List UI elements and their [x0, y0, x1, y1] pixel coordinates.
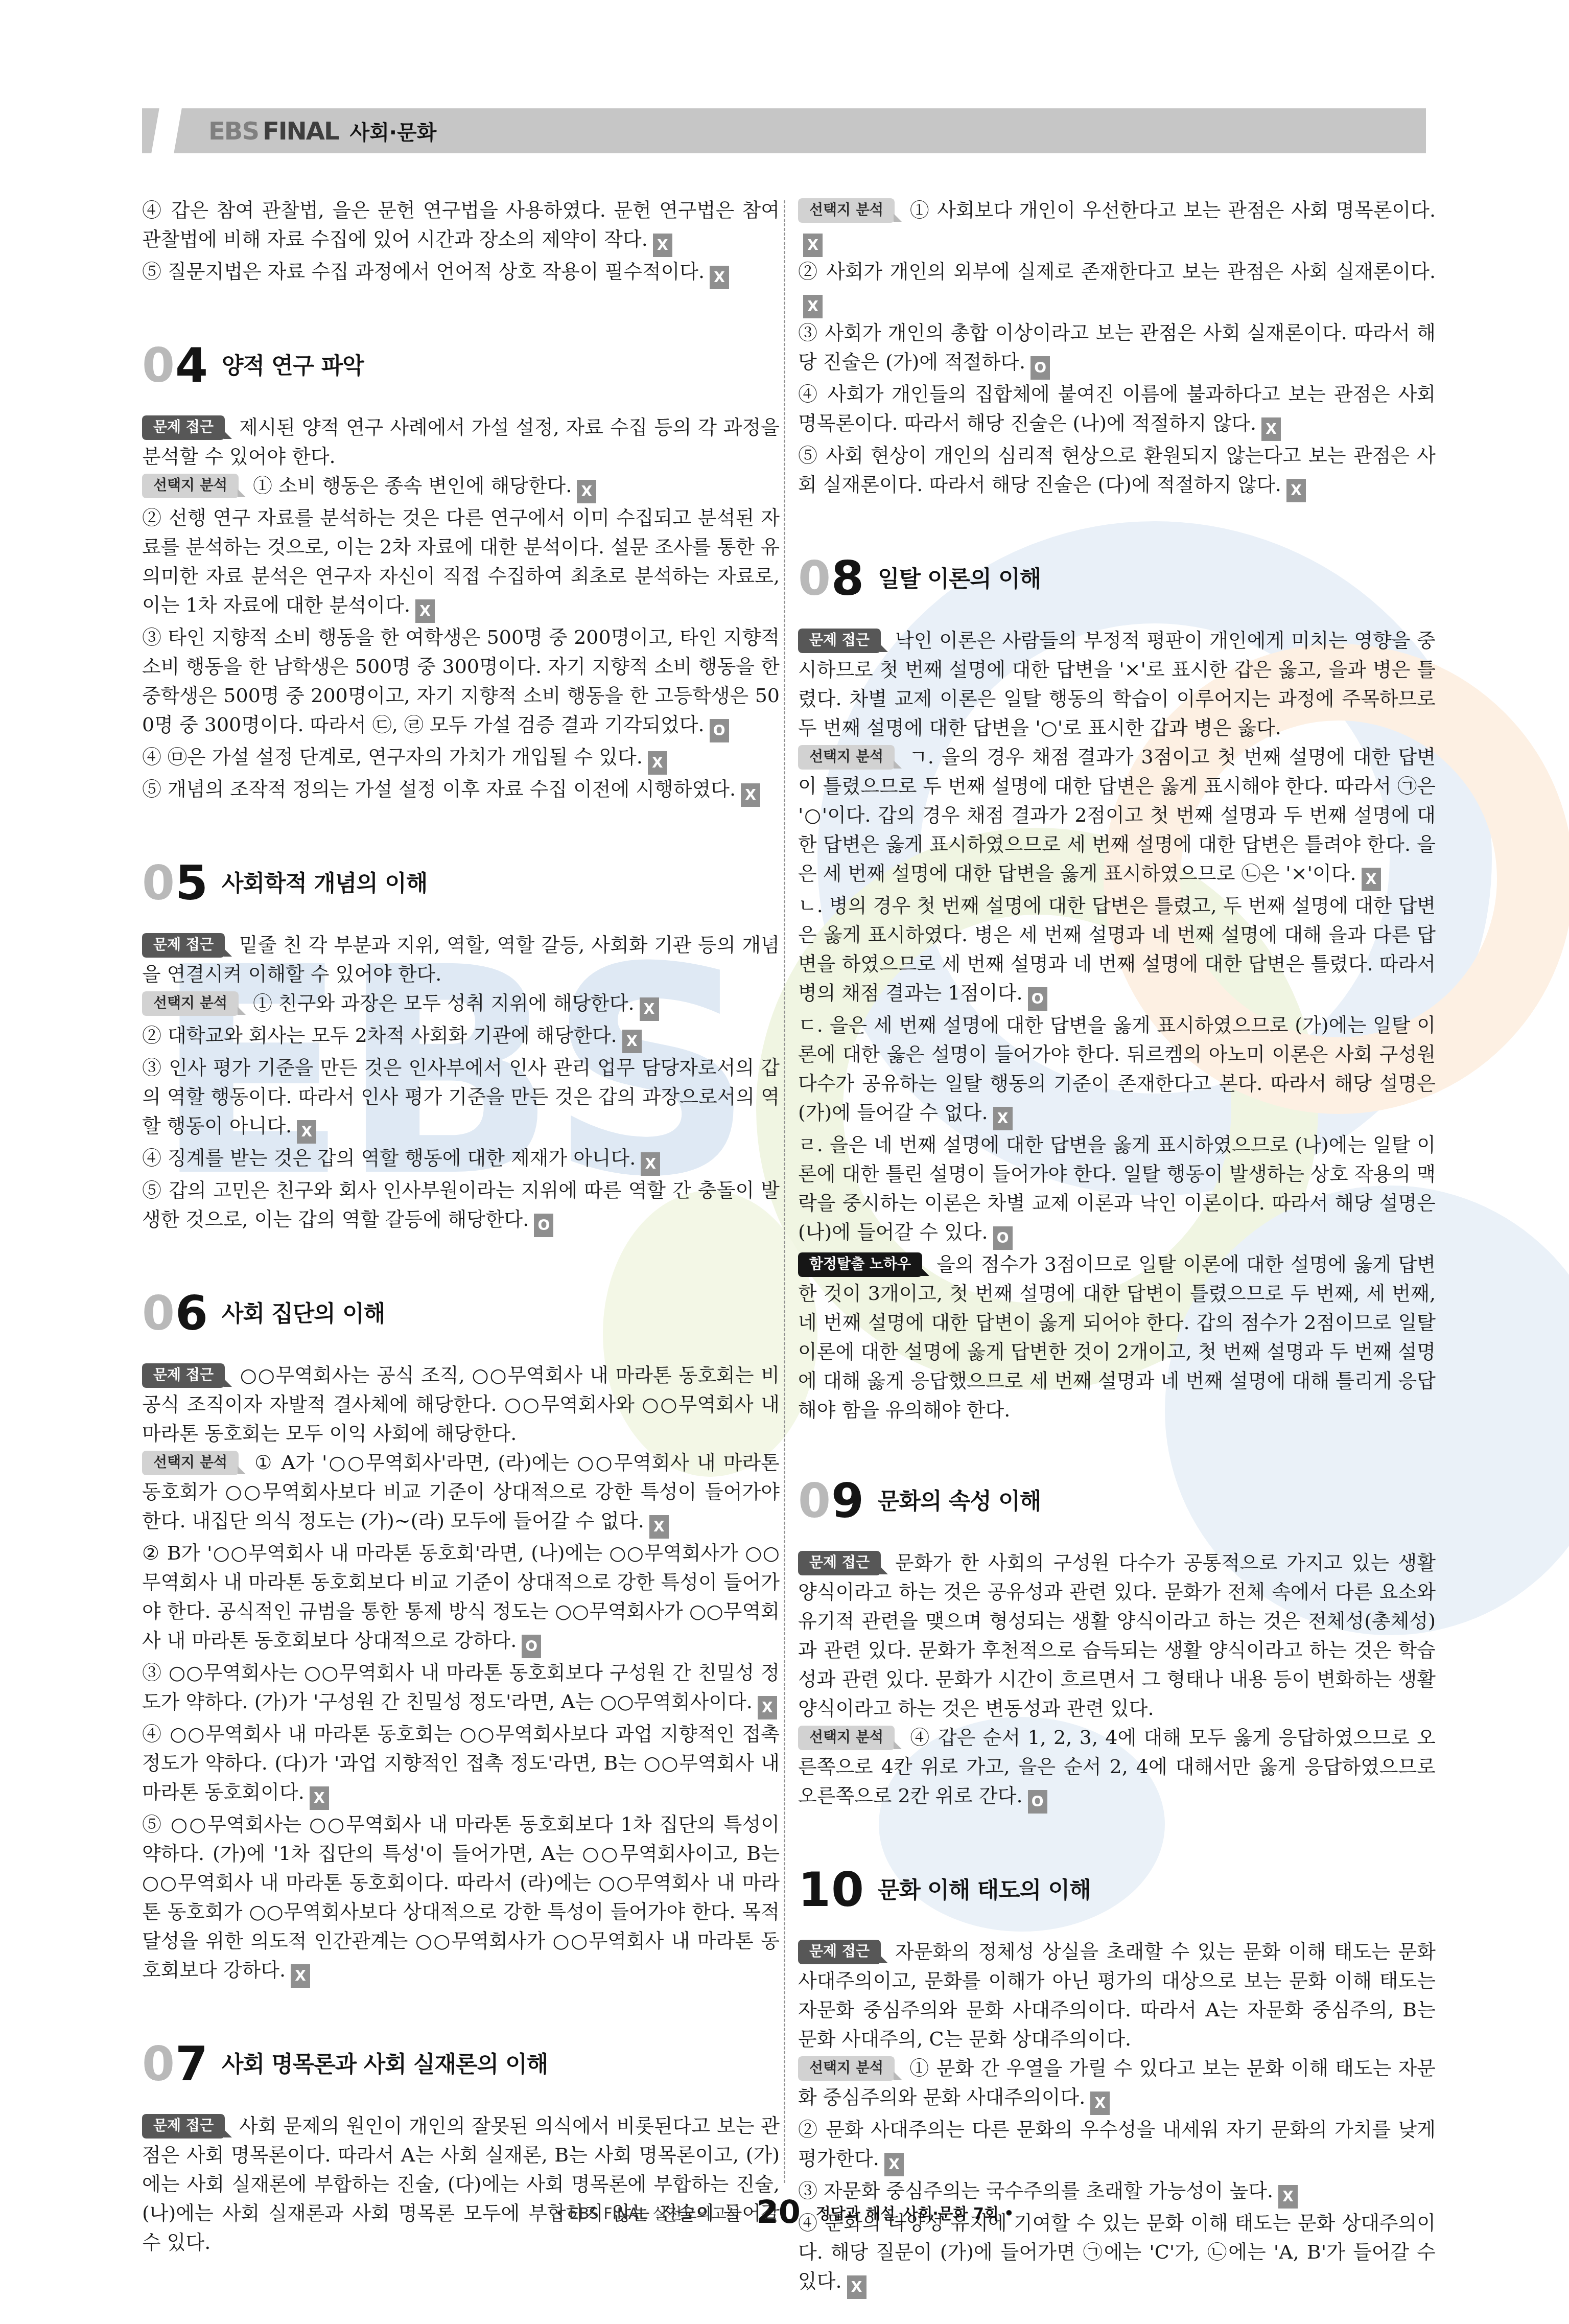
answer-mark-x: X	[1362, 868, 1381, 891]
question-number: 04	[142, 342, 208, 389]
explanation-text: 을의 점수가 3점이므로 일탈 이론에 대한 설명에 옳게 답변한 것이 3개이…	[798, 1253, 1436, 1421]
answer-mark-x: X	[415, 599, 435, 623]
analysis-badge: 선택지 분석	[142, 991, 239, 1016]
answer-mark-x: X	[741, 783, 760, 807]
question-number-zero: 0	[142, 1286, 175, 1341]
approach-badge: 문제 접근	[798, 629, 881, 653]
question-number-digit: 8	[831, 551, 864, 606]
question-title: 사회 명목론과 사회 실재론의 이해	[222, 2050, 548, 2079]
approach-paragraph: 문제 접근문화가 한 사회의 구성원 다수가 공통적으로 가지고 있는 생활 양…	[798, 1548, 1436, 1723]
explanation-text: ① 소비 행동은 종속 변인에 해당한다.	[253, 474, 572, 497]
question-number: 10	[798, 1867, 864, 1914]
choice-paragraph: ⑤ 갑의 고민은 친구와 회사 인사부원이라는 지위에 따른 역할 간 충돌이 …	[142, 1176, 780, 1237]
brand-ebs: EBS	[208, 117, 259, 146]
explanation-text: 사회 문제의 원인이 개인의 잘못된 의식에서 비롯된다고 보는 관점은 사회 …	[142, 2114, 780, 2253]
brand-final: FINAL	[263, 117, 339, 146]
explanation-text: ③ 타인 지향적 소비 행동을 한 여학생은 500명 중 200명이고, 타인…	[142, 626, 780, 736]
explanation-text: ② 사회가 개인의 외부에 실제로 존재한다고 보는 관점은 사회 실재론이다.	[798, 260, 1436, 283]
analysis-paragraph: 선택지 분석① 소비 행동은 종속 변인에 해당한다.X	[142, 471, 780, 503]
answer-mark-o: O	[522, 1635, 541, 1658]
explanation-text: ③ ○○무역회사는 ○○무역회사 내 마라톤 동호회보다 구성원 간 친밀성 정…	[142, 1661, 780, 1713]
explanation-text: ④ ○○무역회사 내 마라톤 동호회는 ○○무역회사보다 과업 지향적인 접촉 …	[142, 1723, 780, 1803]
question-header: 07사회 명목론과 사회 실재론의 이해	[142, 2041, 780, 2088]
analysis-badge: 선택지 분석	[798, 1726, 895, 1750]
choice-paragraph: ⑤ ○○무역회사는 ○○무역회사 내 마라톤 동호회보다 1차 집단의 특성이 …	[142, 1810, 780, 1988]
explanation-text: ⑤ 질문지법은 자료 수집 과정에서 언어적 상호 작용이 필수적이다.	[142, 260, 705, 283]
approach-paragraph: 문제 접근○○무역회사는 공식 조직, ○○무역회사 내 마라톤 동호회는 비공…	[142, 1361, 780, 1448]
choice-paragraph: ④ 사회가 개인들의 집합체에 붙여진 이름에 불과하다고 보는 관점은 사회 …	[798, 380, 1436, 441]
column-divider	[784, 200, 785, 2183]
explanation-text: ⑤ ○○무역회사는 ○○무역회사 내 마라톤 동호회보다 1차 집단의 특성이 …	[142, 1813, 780, 1981]
explanation-text: 자문화의 정체성 상실을 초래할 수 있는 문화 이해 태도는 문화 사대주의이…	[798, 1940, 1436, 2050]
answer-mark-x: X	[803, 295, 823, 318]
question-title: 양적 연구 파악	[222, 352, 364, 381]
answer-mark-x: X	[648, 751, 667, 775]
question-number: 05	[142, 860, 208, 907]
analysis-badge: 선택지 분석	[142, 1451, 239, 1475]
approach-paragraph: 문제 접근밑줄 친 각 부분과 지위, 역할, 역할 갈등, 사회화 기관 등의…	[142, 931, 780, 989]
question-number: 08	[798, 555, 864, 602]
explanation-text: ① 친구와 과장은 모두 성취 지위에 해당한다.	[253, 992, 635, 1014]
answer-mark-x: X	[884, 2153, 904, 2176]
explanation-text: ㄴ. 병의 경우 첫 번째 설명에 대한 답변은 틀렸고, 두 번째 설명에 대…	[798, 894, 1436, 1004]
right-column: 선택지 분석① 사회보다 개인이 우선한다고 보는 관점은 사회 명목론이다.X…	[798, 196, 1436, 2299]
question-number-digit: 9	[831, 1474, 864, 1528]
answer-mark-x: X	[640, 997, 659, 1021]
question-number-digit: 10	[798, 1863, 864, 1917]
explanation-text: ㄹ. 을은 네 번째 설명에 대한 답변을 옳게 표시하였으므로 (나)에는 일…	[798, 1133, 1436, 1243]
approach-badge: 문제 접근	[142, 2114, 225, 2139]
analysis-badge: 선택지 분석	[798, 198, 895, 223]
analysis-paragraph: 선택지 분석① 문화 간 우열을 가릴 수 있다고 보는 문화 이해 태도는 자…	[798, 2054, 1436, 2115]
answer-mark-x: X	[577, 480, 596, 503]
question-title: 사회 집단의 이해	[222, 1299, 385, 1329]
explanation-text: ③ 사회가 개인의 총합 이상이라고 보는 관점은 사회 실재론이다. 따라서 …	[798, 321, 1436, 373]
question-number-zero: 0	[798, 551, 831, 606]
choice-paragraph: ② 문화 사대주의는 다른 문화의 우수성을 내세워 자기 문화의 가치를 낮게…	[798, 2115, 1436, 2176]
explanation-text: ④ 사회가 개인들의 집합체에 붙여진 이름에 불과하다고 보는 관점은 사회 …	[798, 383, 1436, 434]
choice-paragraph: ④ ○○무역회사 내 마라톤 동호회는 ○○무역회사보다 과업 지향적인 접촉 …	[142, 1719, 780, 1810]
left-column: ④ 갑은 참여 관찰법, 을은 문헌 연구법을 사용하였다. 문헌 연구법은 참…	[142, 196, 780, 2257]
brand-logo: EBSFINAL사회·문화	[208, 117, 436, 146]
choice-paragraph: ㄴ. 병의 경우 첫 번째 설명에 대한 답변은 틀렸고, 두 번째 설명에 대…	[798, 891, 1436, 1011]
question-number: 06	[142, 1290, 208, 1337]
explanation-text: ③ 인사 평가 기준을 만든 것은 인사부에서 인사 관리 업무 담당자로서의 …	[142, 1056, 780, 1137]
header-band: EBSFINAL사회·문화	[142, 108, 1426, 153]
approach-badge: 문제 접근	[142, 1363, 225, 1388]
choice-paragraph: ④ 징계를 받는 것은 갑의 역할 행동에 대한 제재가 아니다.X	[142, 1144, 780, 1176]
explanation-text: ④ ㉤은 가설 설정 단계로, 연구자의 가치가 개입될 수 있다.	[142, 746, 643, 768]
footer-series-label: • EBS FINAL 실전모의고사	[555, 2201, 741, 2223]
choice-paragraph: ③ ○○무역회사는 ○○무역회사 내 마라톤 동호회보다 구성원 간 친밀성 정…	[142, 1658, 780, 1719]
explanation-text: ⑤ 사회 현상이 개인의 심리적 현상으로 환원되지 않는다고 보는 관점은 사…	[798, 444, 1436, 496]
question-title: 문화의 속성 이해	[878, 1487, 1041, 1516]
choice-paragraph: ③ 타인 지향적 소비 행동을 한 여학생은 500명 중 200명이고, 타인…	[142, 623, 780, 742]
choice-paragraph: ② B가 '○○무역회사 내 마라톤 동호회'라면, (나)에는 ○○무역회사가…	[142, 1539, 780, 1658]
explanation-text: ② B가 '○○무역회사 내 마라톤 동호회'라면, (나)에는 ○○무역회사가…	[142, 1542, 780, 1652]
answer-mark-x: X	[310, 1786, 329, 1810]
question-header: 08일탈 이론의 이해	[798, 555, 1436, 602]
answer-mark-o: O	[1028, 1790, 1047, 1814]
analysis-paragraph: 선택지 분석① 사회보다 개인이 우선한다고 보는 관점은 사회 명목론이다.X	[798, 196, 1436, 257]
answer-mark-o: O	[993, 1226, 1013, 1250]
answer-mark-x: X	[622, 1030, 642, 1053]
answer-mark-o: O	[1028, 987, 1047, 1011]
choice-paragraph: ② 사회가 개인의 외부에 실제로 존재한다고 보는 관점은 사회 실재론이다.…	[798, 257, 1436, 318]
answer-mark-o: O	[534, 1214, 553, 1237]
approach-badge: 문제 접근	[142, 933, 225, 958]
choice-paragraph: ⑤ 개념의 조작적 정의는 가설 설정 이후 자료 수집 이전에 시행하였다.X	[142, 775, 780, 807]
approach-badge: 문제 접근	[798, 1551, 881, 1575]
explanation-text: ⑤ 갑의 고민은 친구와 회사 인사부원이라는 지위에 따른 역할 간 충돌이 …	[142, 1179, 780, 1230]
question-number-zero: 0	[142, 2037, 175, 2091]
approach-paragraph: 문제 접근낙인 이론은 사람들의 부정적 평판이 개인에게 미치는 영향을 중시…	[798, 626, 1436, 742]
question-number-digit: 4	[175, 338, 208, 393]
footer-edition-label: 정답과 해설_사회·문화 7회 •	[816, 2201, 1014, 2223]
explanation-text: ㄷ. 을은 세 번째 설명에 대한 답변을 옳게 표시하였으므로 (가)에는 일…	[798, 1014, 1436, 1124]
analysis-paragraph: 선택지 분석④ 갑은 순서 1, 2, 3, 4에 대해 모두 옳게 응답하였으…	[798, 1723, 1436, 1814]
explanation-text: ④ 갑은 참여 관찰법, 을은 문헌 연구법을 사용하였다. 문헌 연구법은 참…	[142, 199, 780, 250]
page-number: 20	[757, 2196, 801, 2228]
question-header: 10문화 이해 태도의 이해	[798, 1867, 1436, 1914]
answer-mark-x: X	[1286, 479, 1306, 502]
explanation-text: 제시된 양적 연구 사례에서 가설 설정, 자료 수집 등의 각 과정을 분석할…	[142, 416, 780, 468]
explanation-text: 문화가 한 사회의 구성원 다수가 공통적으로 가지고 있는 생활 양식이라고 …	[798, 1551, 1436, 1719]
choice-paragraph: ③ 인사 평가 기준을 만든 것은 인사부에서 인사 관리 업무 담당자로서의 …	[142, 1053, 780, 1144]
question-number-digit: 6	[175, 1286, 208, 1341]
question-number-digit: 5	[175, 856, 208, 911]
question-header: 05사회학적 개념의 이해	[142, 860, 780, 907]
explanation-text: 낙인 이론은 사람들의 부정적 평판이 개인에게 미치는 영향을 중시하므로 첫…	[798, 629, 1436, 739]
question-number: 07	[142, 2041, 208, 2088]
question-title: 사회학적 개념의 이해	[222, 869, 427, 898]
explanation-text: ④ 징계를 받는 것은 갑의 역할 행동에 대한 제재가 아니다.	[142, 1147, 636, 1169]
choice-paragraph: ② 대학교와 회사는 모두 2차적 사회화 기관에 해당한다.X	[142, 1021, 780, 1053]
approach-badge: 문제 접근	[142, 415, 225, 440]
choice-paragraph: ③ 사회가 개인의 총합 이상이라고 보는 관점은 사회 실재론이다. 따라서 …	[798, 318, 1436, 380]
explanation-text: ① 사회보다 개인이 우선한다고 보는 관점은 사회 명목론이다.	[909, 199, 1436, 221]
approach-paragraph: 문제 접근자문화의 정체성 상실을 초래할 수 있는 문화 이해 태도는 문화 …	[798, 1937, 1436, 2054]
answer-mark-x: X	[291, 1964, 310, 1988]
question-header: 04양적 연구 파악	[142, 342, 780, 389]
explanation-text: ○○무역회사는 공식 조직, ○○무역회사 내 마라톤 동호회는 비공식 조직이…	[142, 1364, 780, 1445]
question-number-zero: 0	[798, 1474, 831, 1528]
answer-mark-x: X	[649, 1515, 669, 1539]
answer-explanation-page: EBS EBSFINAL사회·문화 ④ 갑은 참여 관찰법, 을은 문헌 연구법…	[0, 0, 1569, 2324]
analysis-badge: 선택지 분석	[798, 745, 895, 770]
answer-mark-x: X	[1090, 2091, 1110, 2115]
answer-mark-x: X	[297, 1120, 316, 1144]
choice-paragraph: ④ 갑은 참여 관찰법, 을은 문헌 연구법을 사용하였다. 문헌 연구법은 참…	[142, 196, 780, 257]
choice-paragraph: ④ ㉤은 가설 설정 단계로, 연구자의 가치가 개입될 수 있다.X	[142, 742, 780, 775]
answer-mark-x: X	[758, 1696, 777, 1719]
answer-mark-x: X	[653, 234, 672, 257]
question-number-zero: 0	[142, 338, 175, 393]
analysis-paragraph: 선택지 분석① 친구와 과장은 모두 성취 지위에 해당한다.X	[142, 989, 780, 1021]
knowhow-paragraph: 함정탈출 노하우을의 점수가 3점이므로 일탈 이론에 대한 설명에 옳게 답변…	[798, 1250, 1436, 1425]
answer-mark-x: X	[1261, 417, 1281, 441]
answer-mark-x: X	[803, 234, 823, 257]
analysis-badge: 선택지 분석	[798, 2056, 895, 2081]
choice-paragraph: ⑤ 질문지법은 자료 수집 과정에서 언어적 상호 작용이 필수적이다.X	[142, 257, 780, 289]
analysis-paragraph: 선택지 분석ㄱ. 을의 경우 채점 결과가 3점이고 첫 번째 설명에 대한 답…	[798, 742, 1436, 891]
question-header: 06사회 집단의 이해	[142, 1290, 780, 1337]
choice-paragraph: ㄹ. 을은 네 번째 설명에 대한 답변을 옳게 표시하였으므로 (나)에는 일…	[798, 1130, 1436, 1250]
choice-paragraph: ② 선행 연구 자료를 분석하는 것은 다른 연구에서 이미 수집되고 분석된 …	[142, 503, 780, 623]
question-number: 09	[798, 1478, 864, 1525]
question-header: 09문화의 속성 이해	[798, 1478, 1436, 1525]
question-title: 문화 이해 태도의 이해	[878, 1876, 1091, 1905]
approach-paragraph: 문제 접근사회 문제의 원인이 개인의 잘못된 의식에서 비롯된다고 보는 관점…	[142, 2111, 780, 2257]
answer-mark-x: X	[710, 266, 729, 289]
answer-mark-x: X	[641, 1152, 660, 1176]
explanation-text: ② 선행 연구 자료를 분석하는 것은 다른 연구에서 이미 수집되고 분석된 …	[142, 506, 780, 616]
choice-paragraph: ⑤ 사회 현상이 개인의 심리적 현상으로 환원되지 않는다고 보는 관점은 사…	[798, 441, 1436, 502]
question-number-zero: 0	[142, 856, 175, 911]
approach-paragraph: 문제 접근제시된 양적 연구 사례에서 가설 설정, 자료 수집 등의 각 과정…	[142, 413, 780, 471]
choice-paragraph: ㄷ. 을은 세 번째 설명에 대한 답변을 옳게 표시하였으므로 (가)에는 일…	[798, 1011, 1436, 1130]
answer-mark-o: O	[710, 719, 729, 742]
page-footer: • EBS FINAL 실전모의고사 20 정답과 해설_사회·문화 7회 •	[0, 2196, 1569, 2228]
knowhow-badge: 함정탈출 노하우	[798, 1252, 922, 1277]
explanation-text: 밑줄 친 각 부분과 지위, 역할, 역할 갈등, 사회화 기관 등의 개념을 …	[142, 934, 780, 985]
answer-mark-x: X	[993, 1107, 1013, 1130]
answer-mark-x: X	[847, 2275, 867, 2299]
explanation-text: ⑤ 개념의 조작적 정의는 가설 설정 이후 자료 수집 이전에 시행하였다.	[142, 778, 736, 800]
analysis-badge: 선택지 분석	[142, 474, 239, 498]
question-number-digit: 7	[175, 2037, 208, 2091]
explanation-text: ② 대학교와 회사는 모두 2차적 사회화 기관에 해당한다.	[142, 1024, 617, 1047]
analysis-paragraph: 선택지 분석① A가 '○○무역회사'라면, (라)에는 ○○무역회사 내 마라…	[142, 1448, 780, 1539]
question-title: 일탈 이론의 이해	[878, 565, 1041, 594]
answer-mark-o: O	[1031, 356, 1050, 380]
subject-title: 사회·문화	[350, 121, 437, 145]
approach-badge: 문제 접근	[798, 1940, 881, 1964]
